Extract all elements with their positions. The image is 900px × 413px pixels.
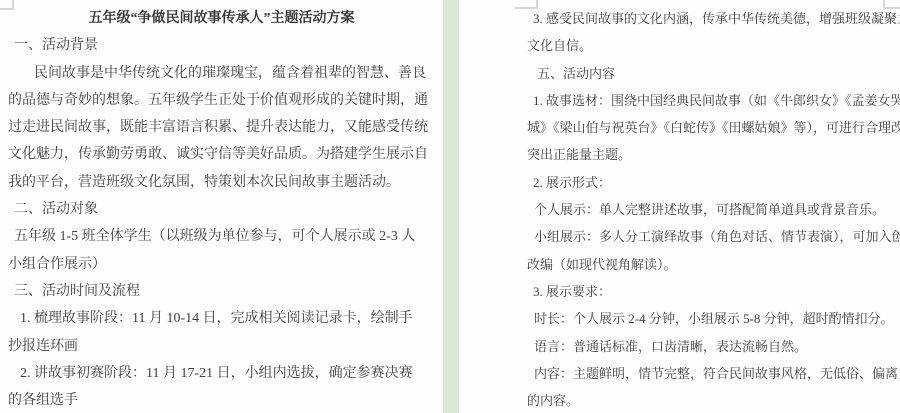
text-line: 2. 讲故事初赛阶段：11 月 17-21 日，小组内选拔，确定参赛决赛 (20, 360, 435, 387)
text-line: 民间故事是中华传统文化的璀璨瑰宝，蕴含着祖辈的智慧、善良 (34, 60, 435, 87)
page-2-text: 3. 感受民间故事的文化内涵，传承中华传统美德，增强班级凝聚力与文化自信。五、活… (527, 5, 900, 413)
text-line: 2. 展示形式： (533, 169, 900, 196)
text-line: 改编（如现代视角解读）。 (527, 251, 900, 278)
text-line: 五年级 1-5 班全体学生（以班级为单位参与，可个人展示或 2-3 人 (14, 223, 435, 250)
document-page-1[interactable]: 五年级“争做民间故事传承人”主题活动方案一、活动背景民间故事是中华传统文化的璀璨… (0, 0, 443, 413)
text-line: 的品德与奇妙的想象。五年级学生正处于价值观形成的关键时期，通 (8, 87, 435, 114)
text-line: 的各组选手 (8, 387, 435, 413)
text-boundary-corner-icon (515, 0, 538, 9)
text-line: 突出正能量主题。 (527, 141, 900, 168)
text-line: 一、活动背景 (14, 32, 435, 59)
text-line: 文化魅力，传承勤劳勇敢、诚实守信等美好品质。为搭建学生展示自 (8, 141, 435, 168)
text-line: 文化自信。 (527, 32, 900, 59)
page-1-text: 五年级“争做民间故事传承人”主题活动方案一、活动背景民间故事是中华传统文化的璀璨… (8, 5, 435, 413)
text-line: 二、活动对象 (14, 196, 435, 223)
text-line: 小组合作展示） (8, 251, 435, 278)
document-view: 五年级“争做民间故事传承人”主题活动方案一、活动背景民间故事是中华传统文化的璀璨… (0, 0, 900, 413)
text-line: 内容：主题鲜明，情节完整，符合民间故事风格，无低俗、偏离主题 (534, 360, 900, 387)
text-boundary-corner-icon (0, 0, 14, 10)
text-line: 1. 梳理故事阶段：11 月 10-14 日，完成相关阅读记录卡，绘制手 (20, 305, 435, 332)
text-line: 城》《梁山伯与祝英台》《白蛇传》《田螺姑娘》等），可进行合理改编， (527, 114, 900, 141)
document-title: 五年级“争做民间故事传承人”主题活动方案 (8, 5, 435, 32)
text-line: 三、活动时间及流程 (14, 278, 435, 305)
text-line: 过走进民间故事，既能丰富语言积累、提升表达能力，又能感受传统 (8, 114, 435, 141)
text-line: 1. 故事选材：围绕中国经典民间故事（如《牛郎织女》《孟姜女哭长 (533, 87, 900, 114)
text-line: 的内容。 (527, 387, 900, 413)
text-line: 抄报连环画 (8, 333, 435, 360)
text-line: 3. 展示要求： (533, 278, 900, 305)
text-line: 时长：个人展示 2-4 分钟，小组展示 5-8 分钟，超时酌情扣分。 (534, 305, 900, 332)
text-line: 个人展示：单人完整讲述故事，可搭配简单道具或背景音乐。 (534, 196, 900, 223)
text-line: 3. 感受民间故事的文化内涵，传承中华传统美德，增强班级凝聚力与 (533, 5, 900, 32)
text-line: 五、活动内容 (537, 60, 900, 87)
text-line: 我的平台，营造班级文化氛围，特策划本次民间故事主题活动。 (8, 169, 435, 196)
text-line: 小组展示：多人分工演绎故事（角色对话、情节表演），可加入创意 (534, 223, 900, 250)
page-gap (443, 0, 459, 413)
text-boundary-corner-icon (883, 0, 900, 9)
document-page-2[interactable]: 3. 感受民间故事的文化内涵，传承中华传统美德，增强班级凝聚力与文化自信。五、活… (459, 0, 900, 413)
text-line: 语言：普通话标准，口齿清晰，表达流畅自然。 (534, 333, 900, 360)
